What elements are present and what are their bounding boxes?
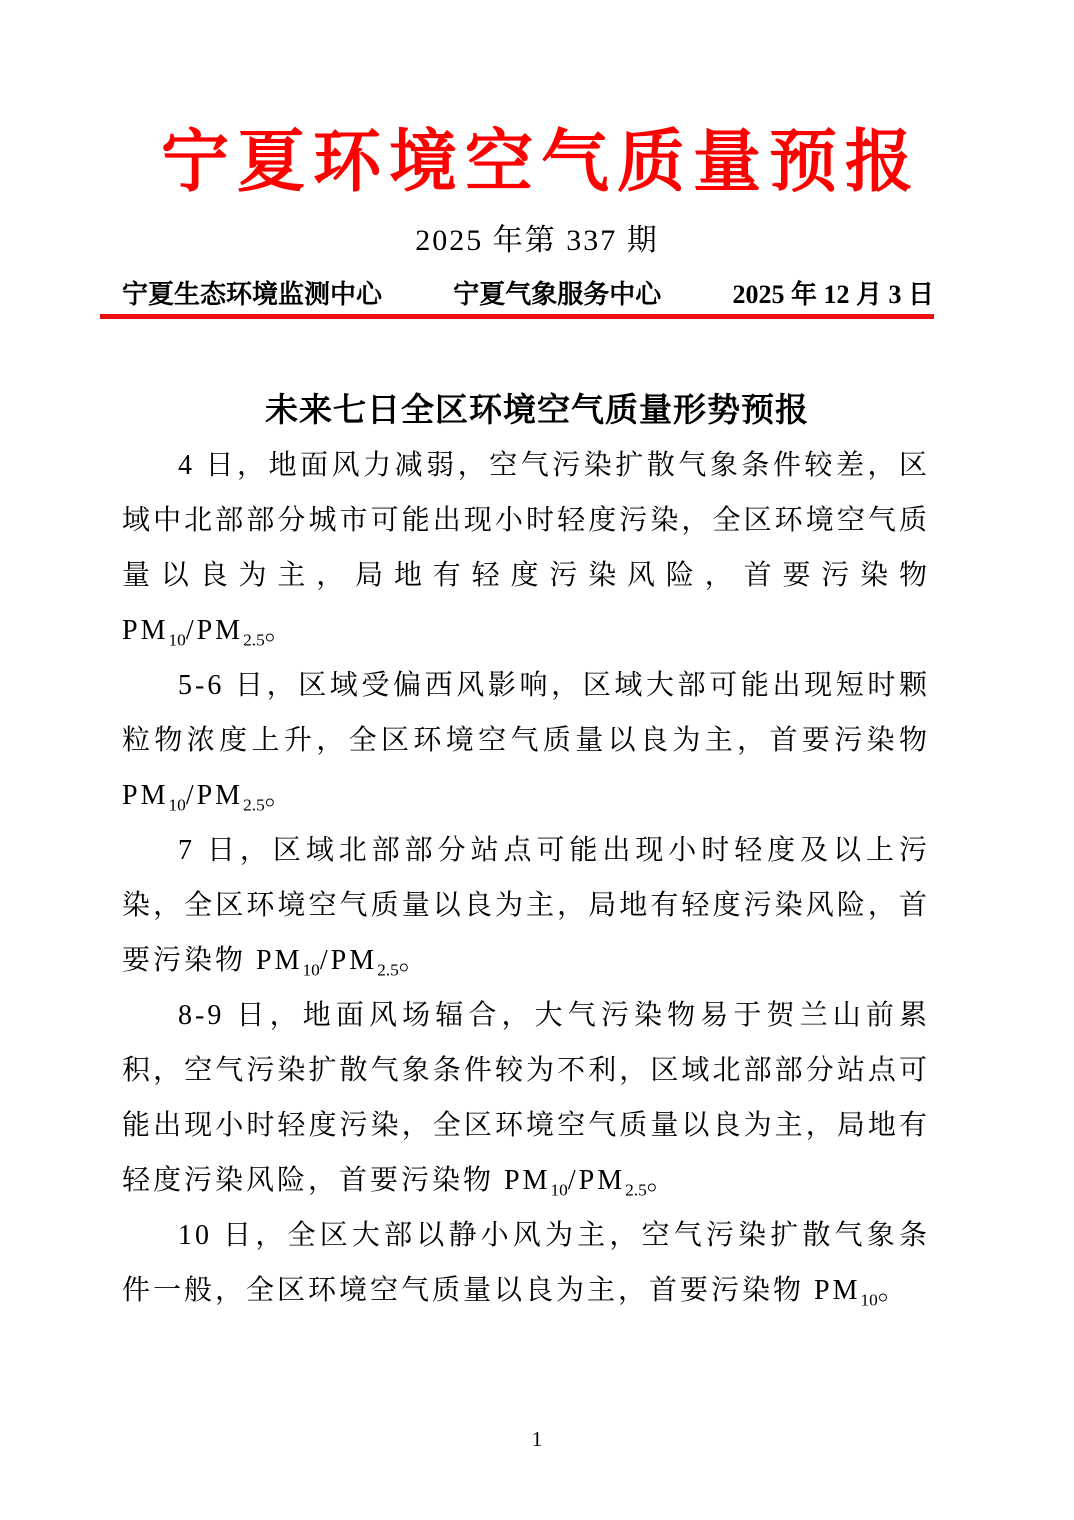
header-divider-rule — [100, 314, 934, 319]
paragraph-text: /PM — [568, 1165, 625, 1196]
document-title: 宁夏环境空气质量预报 — [0, 128, 1074, 196]
pollutant-subscript: 10 — [550, 1181, 567, 1200]
pollutant-subscript: 10 — [168, 631, 185, 650]
section-heading: 未来七日全区环境空气质量形势预报 — [0, 393, 1074, 426]
paragraph-text: 。 — [878, 1275, 909, 1306]
body-paragraph: 8-9 日，地面风场辐合，大气污染物易于贺兰山前累积，空气污染扩散气象条件较为不… — [122, 988, 930, 1208]
body-paragraph: 5-6 日，区域受偏西风影响，区域大部可能出现短时颗粒物浓度上升，全区环境空气质… — [122, 658, 930, 823]
issuing-org-monitoring-center: 宁夏生态环境监测中心 — [122, 282, 382, 308]
issue-date: 2025 年 12 月 3 日 — [732, 282, 934, 308]
paragraph-text: 。 — [399, 945, 430, 976]
paragraph-text: /PM — [186, 780, 243, 811]
paragraph-text: /PM — [320, 945, 377, 976]
paragraph-text: /PM — [186, 615, 243, 646]
pollutant-subscript: 2.5 — [243, 631, 265, 650]
pollutant-subscript: 10 — [302, 961, 319, 980]
body-paragraph: 7 日，区域北部部分站点可能出现小时轻度及以上污染，全区环境空气质量以良为主，局… — [122, 823, 930, 988]
header-org-row: 宁夏生态环境监测中心 宁夏气象服务中心 2025 年 12 月 3 日 — [122, 282, 934, 308]
paragraph-text: 7 日，区域北部部分站点可能出现小时轻度及以上污染，全区环境空气质量以良为主，局… — [122, 835, 930, 976]
issuing-org-meteorological-center: 宁夏气象服务中心 — [453, 282, 661, 308]
pollutant-subscript: 2.5 — [625, 1181, 647, 1200]
paragraph-text: 8-9 日，地面风场辐合，大气污染物易于贺兰山前累积，空气污染扩散气象条件较为不… — [122, 1000, 930, 1196]
pollutant-subscript: 10 — [860, 1291, 877, 1310]
paragraph-text: 4 日，地面风力减弱，空气污染扩散气象条件较差，区域中北部部分城市可能出现小时轻… — [122, 450, 930, 646]
paragraph-text: 。 — [265, 615, 296, 646]
issue-number: 2025 年第 337 期 — [0, 226, 1074, 256]
pollutant-subscript: 10 — [168, 796, 185, 815]
pollutant-subscript: 2.5 — [377, 961, 399, 980]
pollutant-subscript: 2.5 — [243, 796, 265, 815]
paragraph-text: 。 — [265, 780, 296, 811]
page-number: 1 — [0, 1429, 1074, 1450]
paragraph-text: 10 日，全区大部以静小风为主，空气污染扩散气象条件一般，全区环境空气质量以良为… — [122, 1220, 930, 1306]
paragraph-text: 5-6 日，区域受偏西风影响，区域大部可能出现短时颗粒物浓度上升，全区环境空气质… — [122, 670, 930, 811]
body-paragraph: 4 日，地面风力减弱，空气污染扩散气象条件较差，区域中北部部分城市可能出现小时轻… — [122, 438, 930, 658]
document-body: 4 日，地面风力减弱，空气污染扩散气象条件较差，区域中北部部分城市可能出现小时轻… — [122, 438, 930, 1318]
paragraph-text: 。 — [647, 1165, 678, 1196]
body-paragraph: 10 日，全区大部以静小风为主，空气污染扩散气象条件一般，全区环境空气质量以良为… — [122, 1208, 930, 1318]
document-page: 宁夏环境空气质量预报 2025 年第 337 期 宁夏生态环境监测中心 宁夏气象… — [0, 0, 1074, 1520]
